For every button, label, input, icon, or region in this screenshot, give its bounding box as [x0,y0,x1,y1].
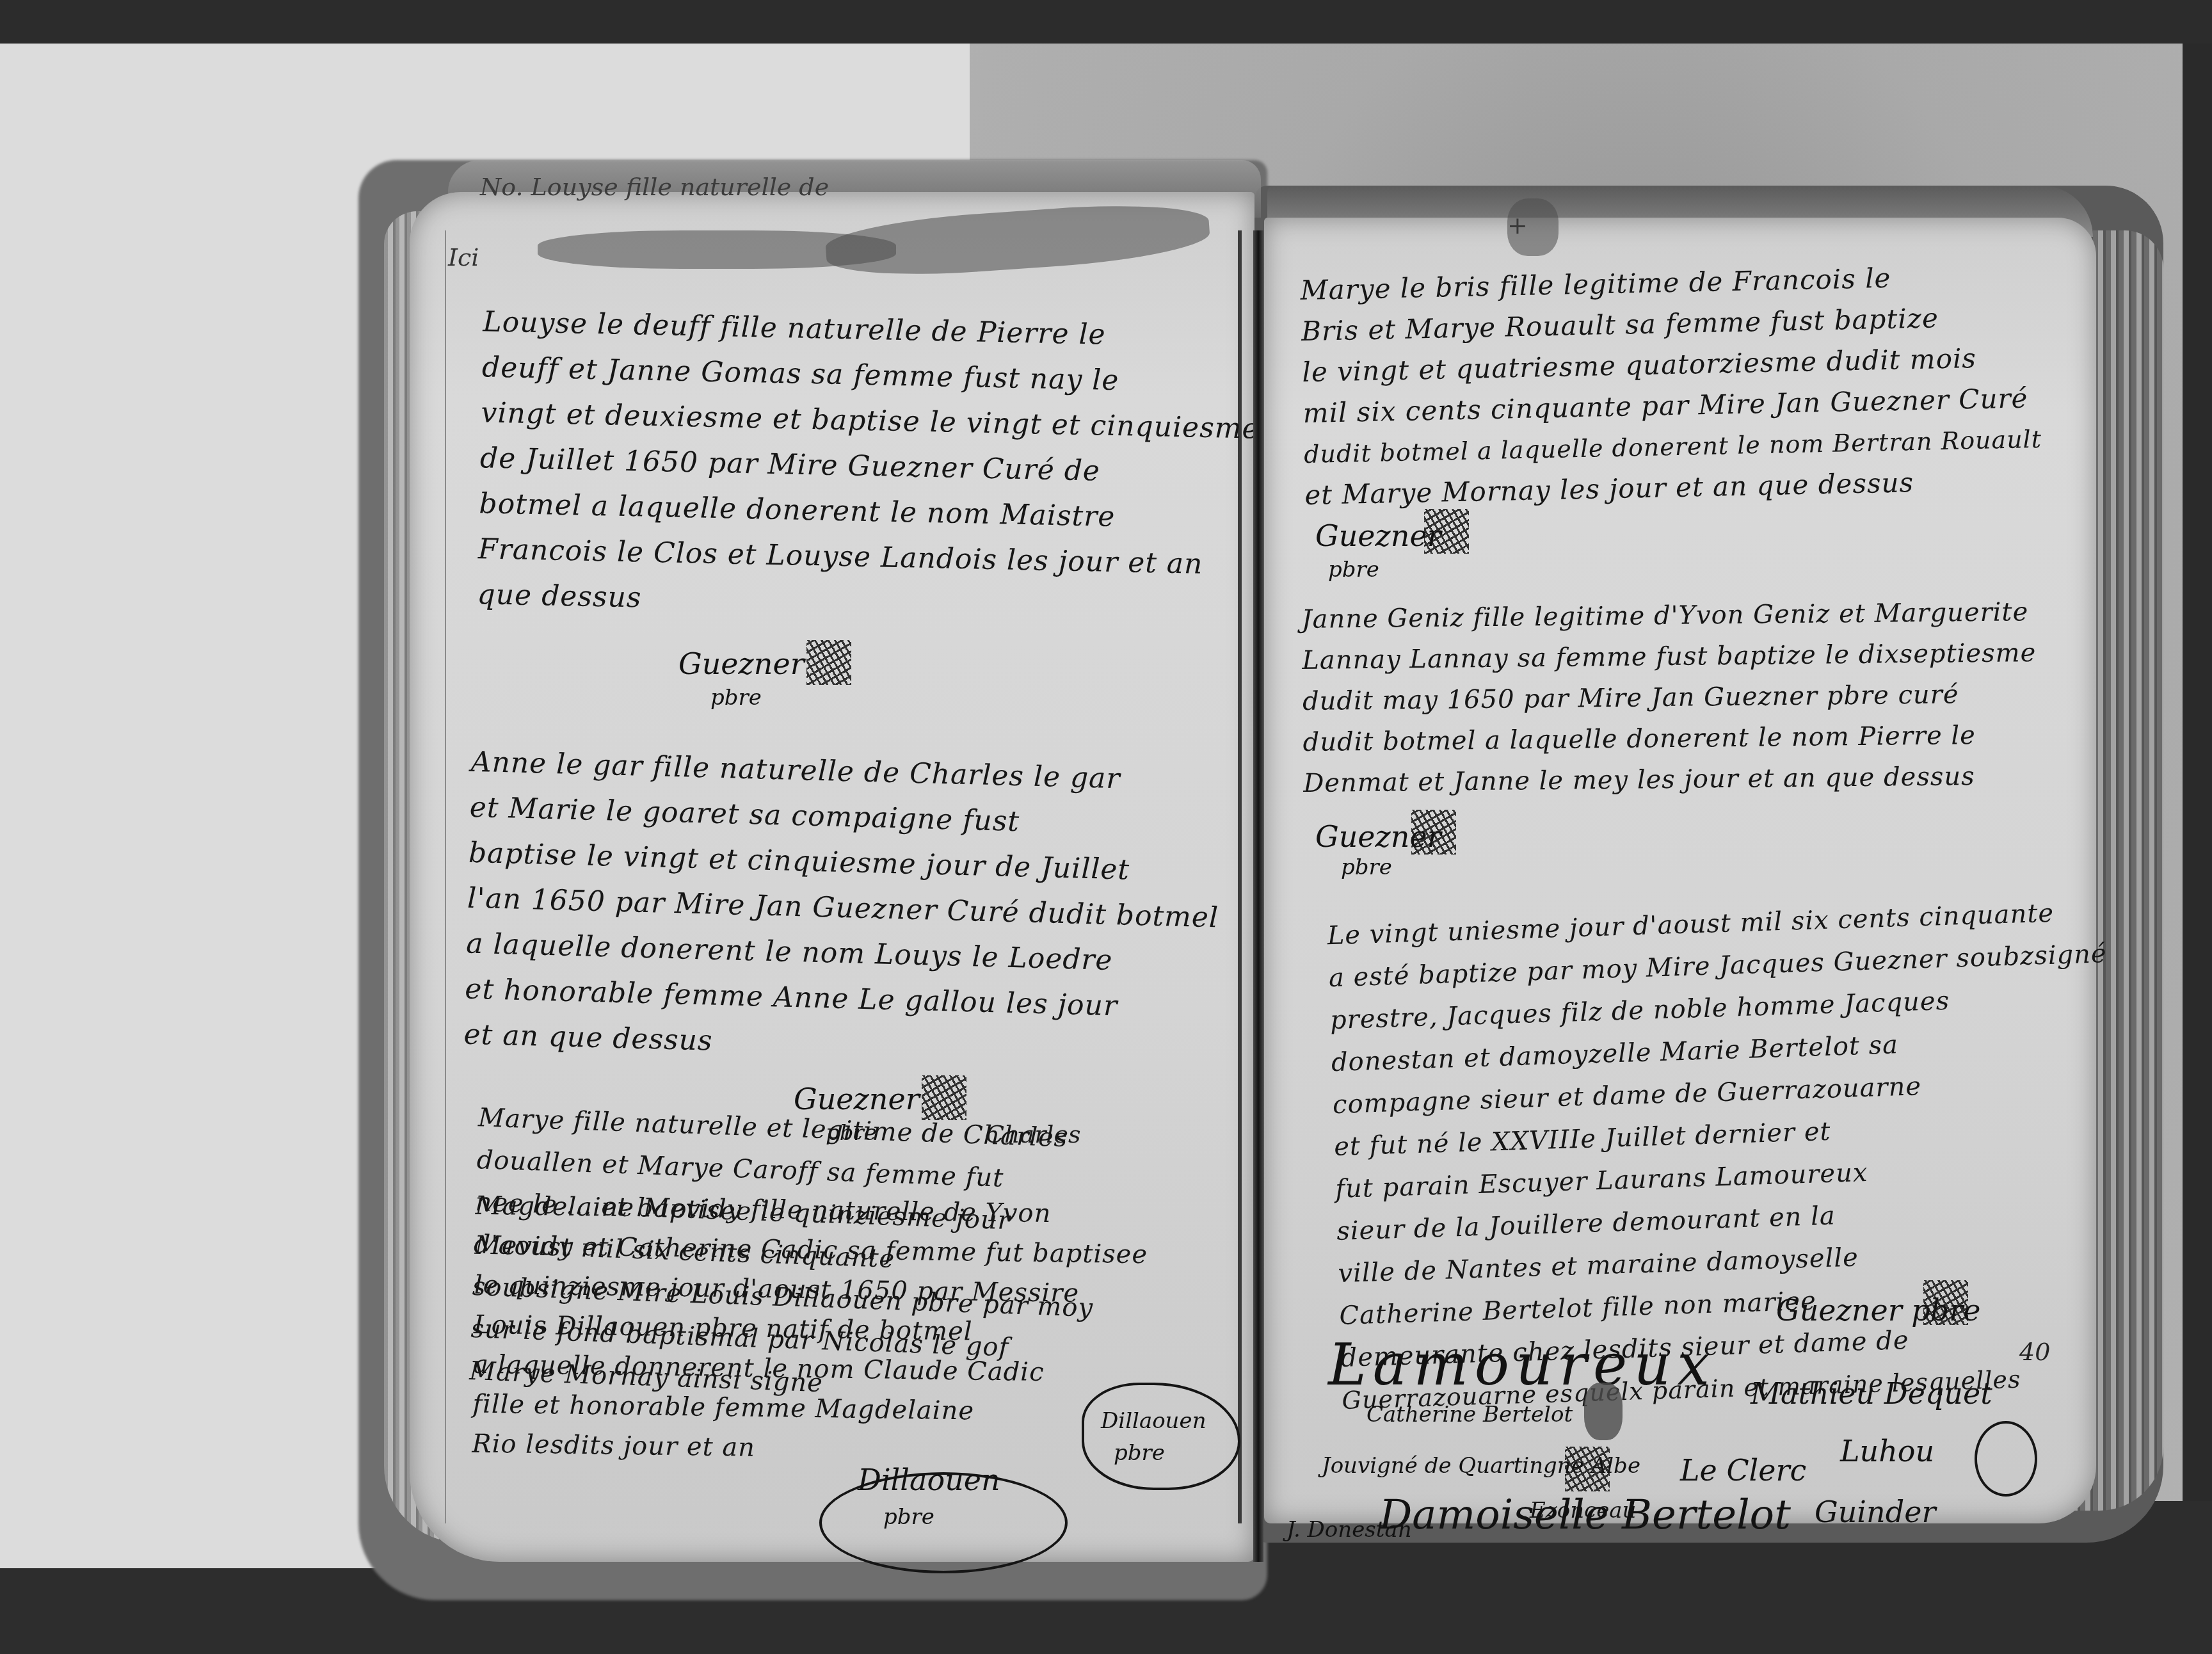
signature-title: pbre [710,685,762,711]
signature: Dillaouen [1101,1408,1206,1434]
signature: Luhou [1840,1434,1934,1468]
signature-paraph [1923,1280,1968,1325]
signature-title: pbre [1114,1440,1165,1466]
signature: Ezonceau [1530,1498,1636,1523]
register-page-right: + Marye le bris fille legitime de Franco… [1264,218,2096,1523]
signature-paraph [1424,509,1469,554]
signature: Le Clerc [1680,1453,1806,1488]
header-fragment: No. Louyse fille naturelle de [480,173,829,201]
signature-paraph-circle [1975,1421,2037,1497]
signature-paraph [806,640,851,685]
book-gutter [1253,230,1263,1562]
signature: Guezner [678,646,805,681]
ink-blot [1584,1383,1623,1440]
signature-flourish [1082,1383,1240,1490]
baptism-entry: Marye fille naturelle et legitime de Cha… [469,1096,1100,1414]
signature-paraph [1565,1447,1610,1491]
signature: Guinder [1815,1495,1935,1529]
signature: Mathieu Dequet [1751,1376,1992,1411]
entry-line: Lannay Lannay sa femme fust baptize le d… [1302,632,2036,681]
register-page-left-lower: Charles Marye fille naturelle et legitim… [410,1088,1254,1562]
ink-stain [1507,198,1559,256]
entry-line: dudit may 1650 par Mire Jan Guezner pbre… [1302,673,2037,722]
margin-mark: Ici [448,243,479,271]
scanner-right-band [2183,44,2212,1654]
water-stain [824,198,1212,282]
entry-line: dudit botmel a laquelle donerent le nom … [1302,714,2037,763]
baptism-entry: Louyse le deuff fille naturelle de Pierr… [477,299,1262,633]
signature: Catherine Bertelot [1366,1402,1573,1427]
scanner-top-band [0,0,2212,44]
baptism-entry: Marye le bris fille legitime de Francois… [1300,255,2043,516]
signature-paraph [1411,810,1456,855]
baptism-entry: Janne Geniz fille legitime d'Yvon Geniz … [1301,591,2037,804]
entry-line: Janne Geniz fille legitime d'Yvon Geniz … [1301,591,2035,640]
signature: Guezner [1315,518,1441,553]
signature: Lamoureux [1328,1331,1716,1399]
signature-title: pbre [1341,855,1392,880]
signature-title: pbre [1328,557,1379,582]
entry-line: Denmat et Janne le mey les jour et an qu… [1303,755,2037,804]
margin-number: 40 [2019,1338,2050,1366]
baptism-entry: Anne le gar fille naturelle de Charles l… [463,739,1223,1077]
signature: J. Donestan [1286,1517,1412,1543]
